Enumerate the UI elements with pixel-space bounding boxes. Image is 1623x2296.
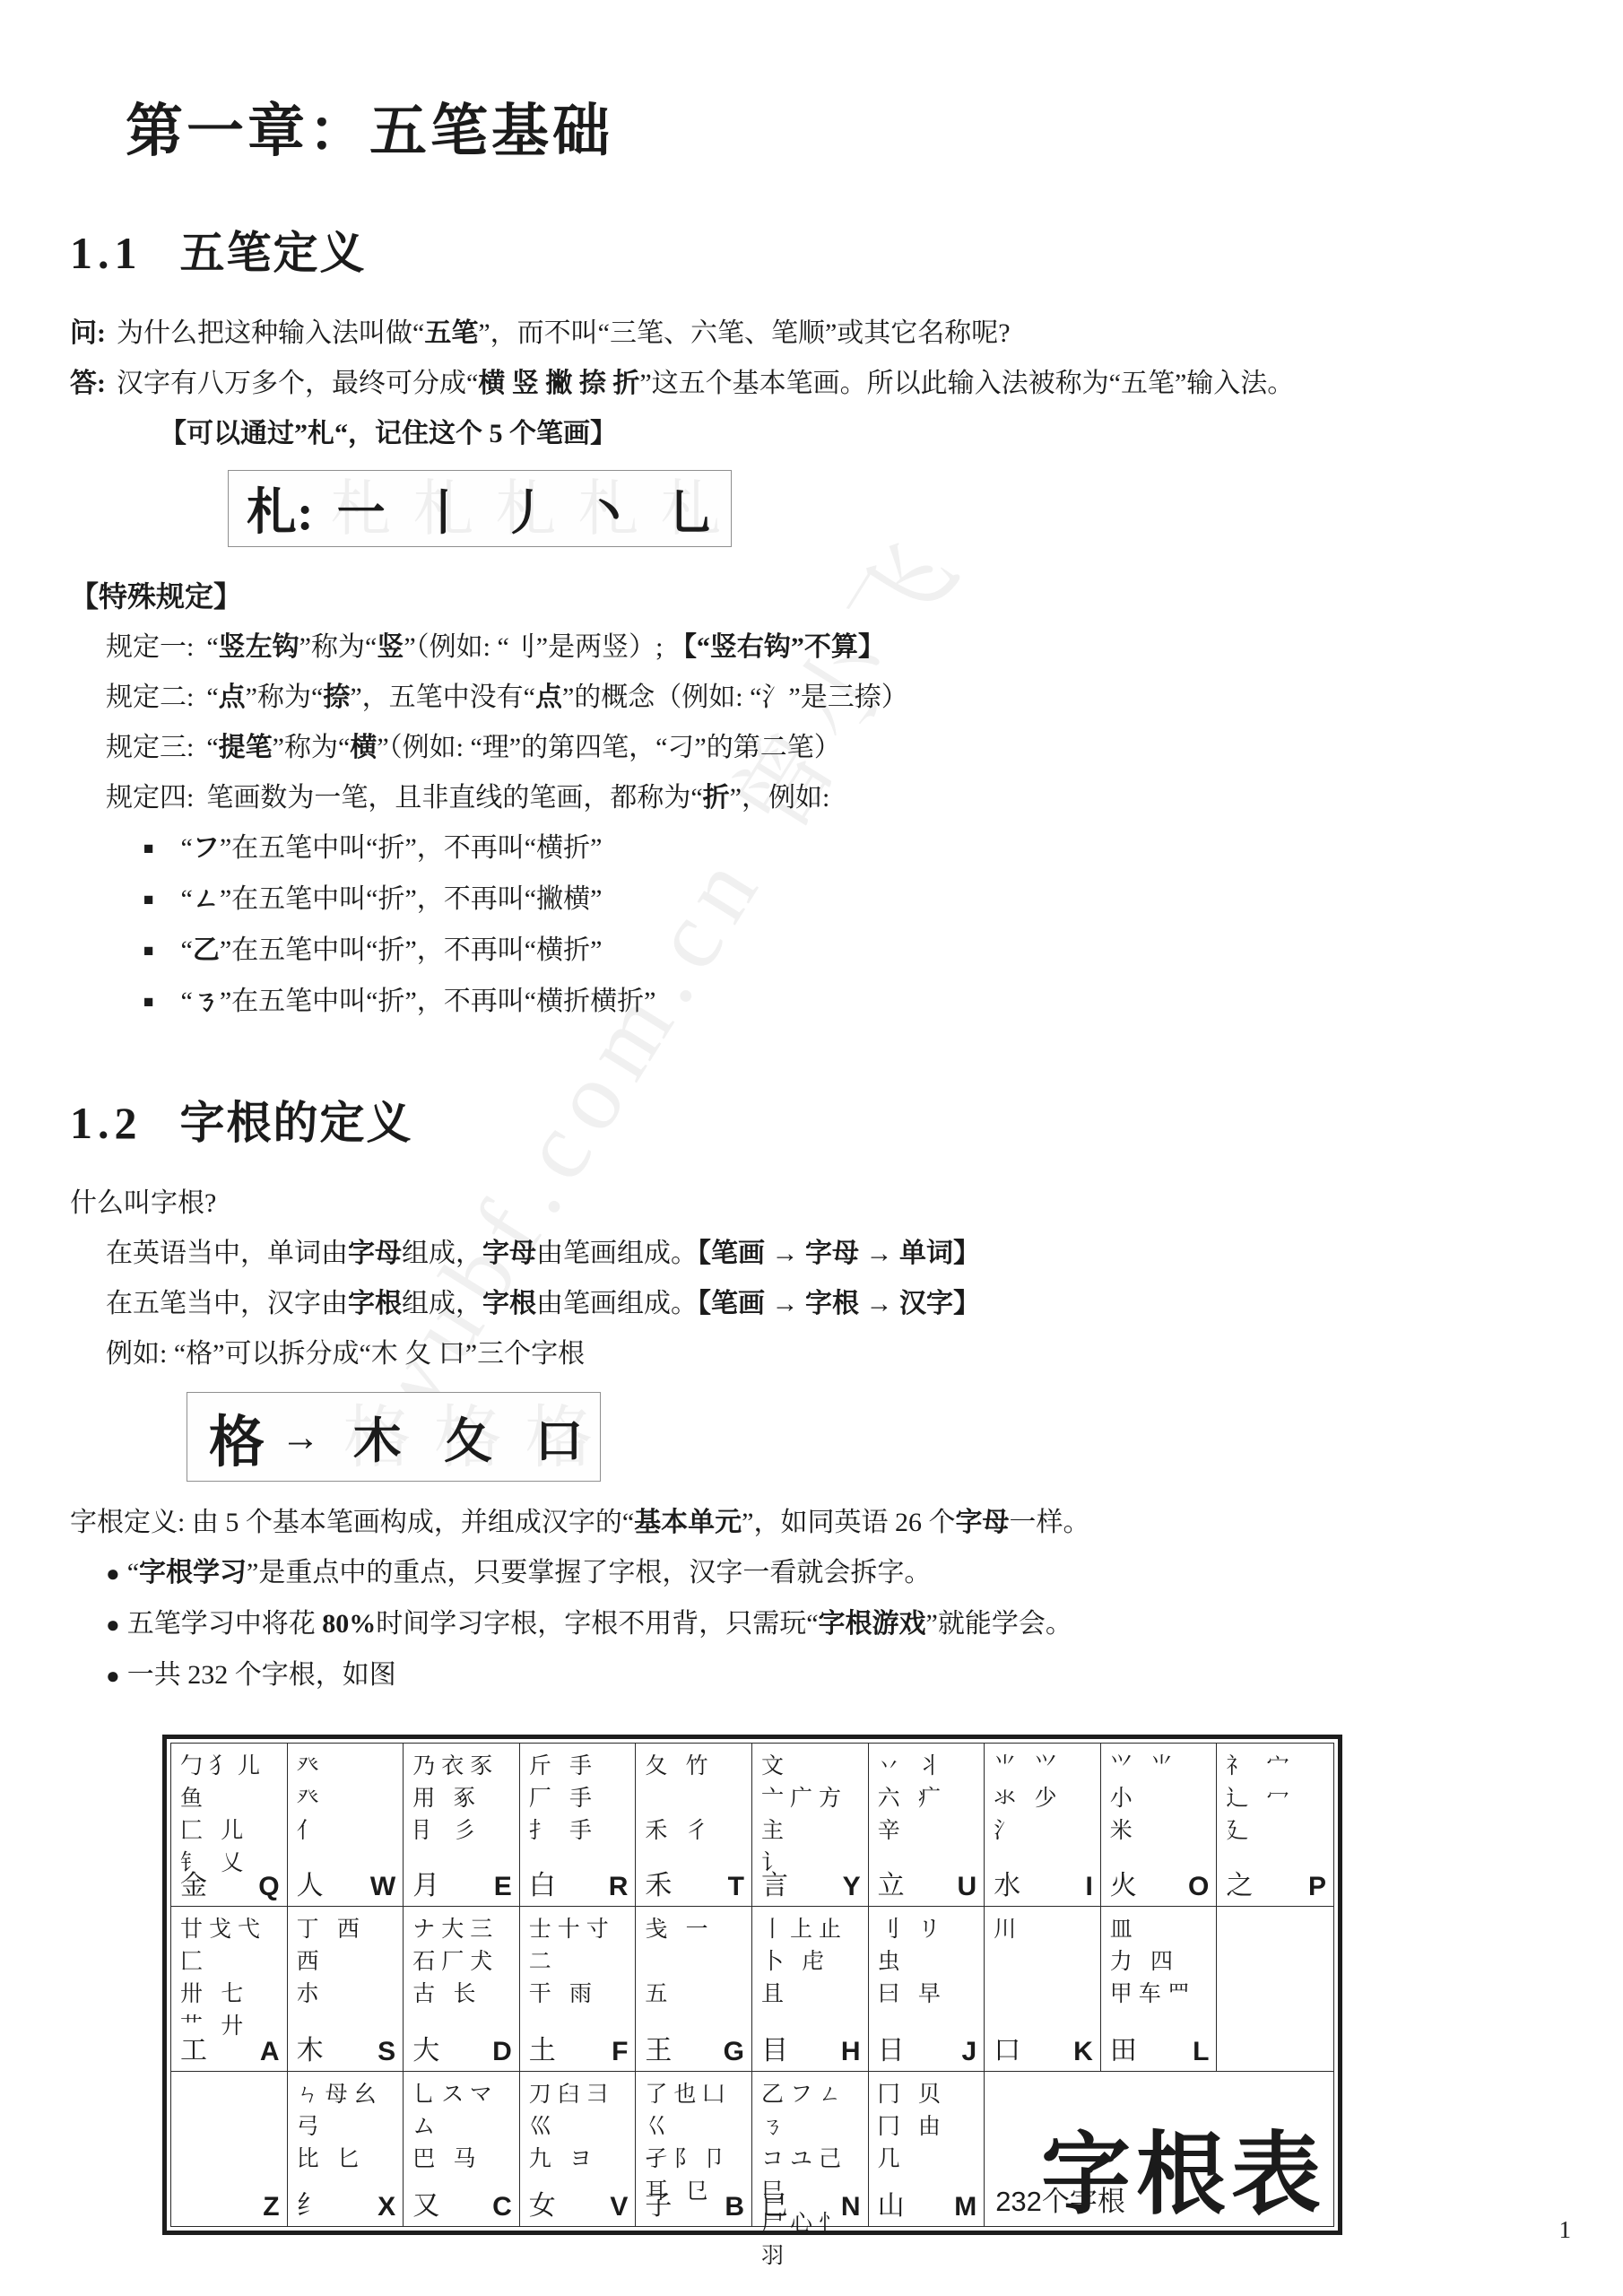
key-letter: D xyxy=(492,2037,512,2067)
fold-item-2: ■“ㄥ”在五笔中叫“折”，不再叫“撇横” xyxy=(143,874,1553,926)
key-letter: B xyxy=(725,2192,744,2222)
radical-cell-s: 丁 西 西 朩木S xyxy=(288,1907,404,2072)
ge-part-zhi: 格夂 xyxy=(427,1396,508,1477)
radical-cell-u: 丷 丬 六 疒 辛立U xyxy=(869,1744,985,1907)
rule-1: 规定一:“竖左钩”称为“竖”（例如: “刂”是两竖）; 【“竖右钩”不算】 xyxy=(106,622,1553,673)
stroke-na: 札丶 xyxy=(570,474,647,544)
stroke-heng: 札一 xyxy=(323,474,400,544)
fold-item-3: ■“乙”在五笔中叫“折”，不再叫“横折” xyxy=(143,926,1553,977)
key-letter: W xyxy=(370,1872,395,1902)
radical-cell-h: 丨上止 卜 虍 且目H xyxy=(752,1907,869,2072)
key-letter: V xyxy=(610,2192,628,2222)
example-line: 例如: “格”可以拆分成“木 夂 口”三个字根 xyxy=(106,1329,1553,1379)
key-letter: P xyxy=(1308,1872,1326,1902)
wubi-analogy-line: 在五笔当中，汉字由字根组成，字根由笔画组成。【笔画 → 字根 → 汉字】 xyxy=(106,1279,1553,1329)
square-bullet-icon: ■ xyxy=(143,839,153,858)
bullet-2: ●五笔学习中将花 80%时间学习字根，字根不用背，只需玩“字根游戏”就能学会。 xyxy=(106,1599,1553,1650)
fold-item-4: ■“ㄋ”在五笔中叫“折”，不再叫“横折横折” xyxy=(143,977,1553,1028)
question-line: 问:为什么把这种输入法叫做“五笔”，而不叫“三笔、六笔、笔顺”或其它名称呢? xyxy=(70,309,1553,359)
ge-decomposition-figure: 格 → 格木 格夂 格口 xyxy=(187,1392,601,1482)
square-bullet-icon: ■ xyxy=(143,993,153,1012)
radical-cell-e: 乃衣豕 用 豖 ⺝ 彡月E xyxy=(404,1744,520,1907)
key-letter: T xyxy=(728,1872,744,1902)
key-letter: X xyxy=(378,2192,395,2222)
square-bullet-icon: ■ xyxy=(143,942,153,961)
radical-cell-j: 刂 リ 虫 曰 早日J xyxy=(869,1907,985,2072)
rule-4: 规定四:笔画数为一笔，且非直线的笔画，都称为“折”，例如: xyxy=(106,773,1553,823)
radical-table-title: 字根表 xyxy=(1041,2131,1326,2221)
dot-bullet-icon: ● xyxy=(106,1612,120,1638)
dot-bullet-icon: ● xyxy=(106,1561,120,1587)
square-bullet-icon: ■ xyxy=(143,891,153,909)
radical-cell-z: Z xyxy=(171,2072,288,2226)
key-letter: Q xyxy=(258,1872,279,1902)
document-page: wubf.com.cn 曾小飞 第一章：五笔基础 1.1五笔定义 问:为什么把这… xyxy=(0,0,1623,2296)
key-letter: Z xyxy=(263,2192,279,2222)
radical-cell-f: 士十寸二 干 雨土F xyxy=(520,1907,637,2072)
english-analogy-line: 在英语当中，单词由字母组成，字母由笔画组成。【笔画 → 字母 → 单词】 xyxy=(106,1229,1553,1279)
answer-line: 答:汉字有八万多个，最终可分成“横 竖 撇 捺 折”这五个基本笔画。所以此输入法… xyxy=(70,359,1553,409)
radical-cell-n: 乙フㄥㄋ コユ己巳 尸心忄羽已N xyxy=(752,2072,869,2226)
radical-cell-t: 夂 竹 禾 彳禾T xyxy=(636,1744,752,1907)
stroke-shu: 札丨 xyxy=(405,474,482,544)
page-content: 第一章：五笔基础 1.1五笔定义 问:为什么把这种输入法叫做“五笔”，而不叫“三… xyxy=(0,0,1623,2227)
key-letter: S xyxy=(378,2037,395,2067)
radical-cell-g: 戋 一 五王G xyxy=(636,1907,752,2072)
lead-question: 什么叫字根? xyxy=(70,1178,1553,1229)
radical-table-caption-cell: 232个字根 字根表 xyxy=(985,2072,1333,2226)
chapter-title: 第一章：五笔基础 xyxy=(126,85,1553,168)
radical-cell-v: 刀臼彐巛 九 ヨ女V xyxy=(520,2072,637,2226)
radical-cell-b: 了也凵巜 孑阝卩 耳 㔾子B xyxy=(636,2072,752,2226)
fold-item-1: ■“フ”在五笔中叫“折”，不再叫“横折” xyxy=(143,823,1553,874)
ge-part-kou: 格口 xyxy=(518,1396,600,1477)
rule-3: 规定三:“提笔”称为“横”（例如: “理”的第四笔，“刁”的第二笔） xyxy=(106,723,1553,773)
key-letter: C xyxy=(492,2192,512,2222)
radical-table: 勹犭儿鱼 匚 儿 钅 乂金Q 癶 癶 亻人W 乃衣豕 用 豖 ⺝ 彡月E 斤 手… xyxy=(170,1743,1334,2227)
key-letter: H xyxy=(841,2037,861,2067)
key-letter: L xyxy=(1193,2037,1209,2067)
section-1-1-number: 1.1 xyxy=(70,228,143,278)
zha-character-label: 札: xyxy=(247,473,314,544)
radical-cell-k: 川口K xyxy=(985,1907,1101,2072)
question-text: 为什么把这种输入法叫做“五笔”，而不叫“三笔、六笔、笔顺”或其它名称呢? xyxy=(117,318,1011,348)
radical-cell-r: 斤 手 厂 手 扌 手白R xyxy=(520,1744,637,1907)
page-number: 1 xyxy=(1559,2216,1572,2244)
key-letter: I xyxy=(1085,1872,1092,1902)
stroke-zhe: 札乚 xyxy=(653,474,730,544)
radical-cell-y: 文 亠广方主 讠言Y xyxy=(752,1744,869,1907)
key-letter: R xyxy=(609,1872,629,1902)
radical-cell-a: 廿戈弋匚 卅 七 艹 廾工A xyxy=(171,1907,288,2072)
radical-cell-l: 皿 力 四 甲车罒田L xyxy=(1101,1907,1218,2072)
radical-cell-c: 乚スマム 巴 马又C xyxy=(404,2072,520,2226)
key-letter: U xyxy=(958,1872,977,1902)
radical-cell-p: 礻 宀 辶 冖 廴之P xyxy=(1217,1744,1333,1907)
section-1-2-heading: 1.2字根的定义 xyxy=(70,1087,1553,1152)
rule-2: 规定二:“点”称为“捺”，五笔中没有“点”的概念（例如: “氵”是三捺） xyxy=(106,673,1553,723)
key-letter: G xyxy=(724,2037,744,2067)
key-letter: O xyxy=(1188,1872,1209,1902)
bullet-1: ●“字根学习”是重点中的重点，只要掌握了字根，汉字一看就会拆字。 xyxy=(106,1548,1553,1599)
section-1-1-title: 五笔定义 xyxy=(180,228,367,278)
answer-text: 汉字有八万多个，最终可分成“横 竖 撇 捺 折”这五个基本笔画。所以此输入法被称… xyxy=(117,369,1294,398)
dot-bullet-icon: ● xyxy=(106,1663,120,1689)
arrow-icon: → xyxy=(281,1414,320,1460)
section-1-2-number: 1.2 xyxy=(70,1098,143,1148)
section-1-2-title: 字根的定义 xyxy=(180,1098,413,1148)
memory-note: 【可以通过”札“，记住这个 5 个笔画】 xyxy=(160,409,1553,459)
ge-source-character: 格 xyxy=(209,1397,265,1477)
radical-cell-empty xyxy=(1217,1907,1333,2072)
radical-cell-i: ⺌ ⺍ 氺 少 氵水I xyxy=(985,1744,1101,1907)
radical-definition-line: 字根定义: 由 5 个基本笔画构成，并组成汉字的“基本单元”，如同英语 26 个… xyxy=(70,1498,1553,1548)
key-letter: J xyxy=(962,2037,977,2067)
key-letter: A xyxy=(260,2037,280,2067)
key-letter: M xyxy=(954,2192,976,2222)
ge-part-mu: 格木 xyxy=(336,1396,418,1477)
radical-cell-x: ㄣ母幺 弓 比 匕纟X xyxy=(288,2072,404,2226)
radical-cell-m: 冂 贝 冂 由 几山M xyxy=(869,2072,985,2226)
radical-cell-q: 勹犭儿鱼 匚 儿 钅 乂金Q xyxy=(171,1744,288,1907)
answer-label: 答: xyxy=(70,369,106,398)
zha-strokes-figure: 札: 札一 札丨 札丿 札丶 札乚 xyxy=(228,470,732,547)
bullet-3: ●一共 232 个字根，如图 xyxy=(106,1650,1553,1701)
radical-cell-o: ⺍ ⺌ 小 米火O xyxy=(1101,1744,1218,1907)
key-letter: Y xyxy=(843,1872,861,1902)
radical-cell-d: ナ大三 石厂犬 古 长大D xyxy=(404,1907,520,2072)
radical-cell-w: 癶 癶 亻人W xyxy=(288,1744,404,1907)
question-label: 问: xyxy=(70,318,106,348)
key-letter: K xyxy=(1073,2037,1093,2067)
stroke-pie: 札丿 xyxy=(488,474,565,544)
section-1-1-heading: 1.1五笔定义 xyxy=(70,217,1553,282)
key-letter: F xyxy=(612,2037,628,2067)
key-letter: N xyxy=(841,2192,861,2222)
key-letter: E xyxy=(494,1872,512,1902)
special-rules-title: 【特殊规定】 xyxy=(70,574,1553,615)
